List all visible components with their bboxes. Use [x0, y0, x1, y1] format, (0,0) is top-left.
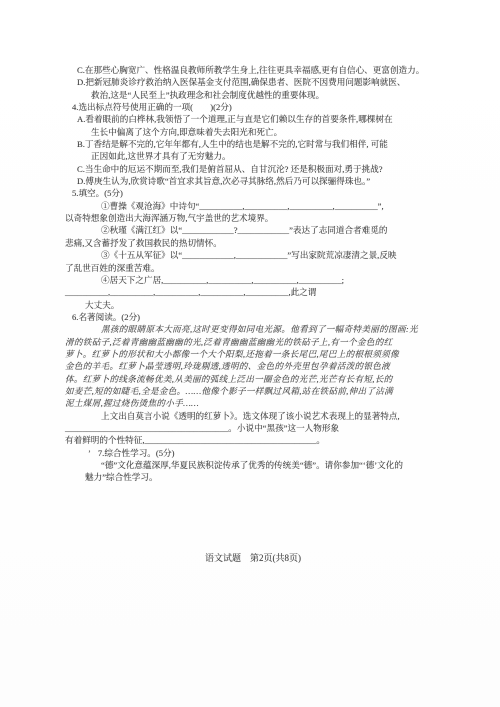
- question-4-title: 4.选出标点符号使用正确的一项( )(2分): [72, 101, 442, 113]
- q5-item-1-cont: 以奇特想象创造出大海浑涵万物,气宇盖世的艺术境界。: [65, 212, 442, 224]
- exam-text-block: C.在那些心胸宽广、性格温良教师所教学生身上,往往更具幸福感,更有自信心、更富创…: [64, 64, 442, 484]
- q5-item-4-end: 大丈夫。: [85, 299, 442, 311]
- q4-option-d: D.傅庚生认为,欣赏诗歌“首宜求其旨意,次必寻其脉络,然后乃可以探骊得珠也。”: [77, 175, 442, 187]
- q4-option-a-cont: 生长中偏离了这个方向,即意味着失去阳光和死亡。: [91, 126, 442, 138]
- q6-blank-line-1: ______________________________________。小…: [65, 422, 442, 434]
- q6-passage-line: 泥土煤屑,握过烧伤烫焦的小手……: [65, 397, 442, 409]
- q6-passage-line: 金色的羊毛。红萝卜晶莹透明,玲珑剔透,透明的、金色的外壳里包孕着活泼的银色液: [65, 360, 442, 372]
- q6-passage-line: 如麦芒,短的如睫毛,全是金色。……他像个影子一样飘过风箱,站在铁砧前,伸出了沾满: [65, 385, 442, 397]
- question-7-line: ’7.综合性学习。(5分): [88, 447, 442, 459]
- q7-intro-cont: 魅力”综合性学习。: [85, 471, 442, 483]
- stray-mark: ’: [88, 448, 91, 458]
- page-footer: 语文试题 第2页(共8页): [64, 552, 442, 564]
- q3-option-d: D.把新冠肺炎诊疗救治纳入医保基金支付范围,确保患者、医院不因费用问题影响就医、: [77, 76, 442, 88]
- q4-option-a: A.看着眼前的白桦林,我领悟了一个道理,正与直是它们赖以生存的首要条件,哪棵树在: [77, 113, 442, 125]
- q4-option-b: B.丁香结是解不完的,它年年都有,人生中的结也是解不完的,它时常与我们相伴, 可…: [77, 138, 442, 150]
- q6-blank-line-2: 有着鲜明的个性特征,______________________________…: [65, 434, 442, 446]
- q5-item-3: ③《十五从军征》以“____________,____________”写出家院…: [101, 249, 442, 261]
- question-5-title: 5.填空。(5分): [72, 187, 442, 199]
- q5-item-4: ④居天下之广居,__________,__________,__________…: [101, 274, 442, 286]
- q6-passage-line: 萝卜。红萝卜的形状和大小都像一个大个阳梨,还拖着一条长尾巴,尾巴上的根根须须像: [65, 348, 442, 360]
- q6-passage-line: 体。红萝卜的线条流畅优美,从美丽的弧线上泛出一圈金色的光芒,光芒有长有短,长的: [65, 373, 442, 385]
- q5-item-4-cont: __________,__________,__________,_______…: [65, 286, 442, 298]
- q4-option-c: C.当生命中的厄运不期而至,我们是俯首屈从、自甘沉沦? 还是积极面对,勇于挑战?: [77, 163, 442, 175]
- q4-option-b-cont: 正因如此,这世界才具有了无穷魅力。: [91, 150, 442, 162]
- q7-intro: “德”文化意蕴深厚,华夏民族积淀传承了优秀的传统美“德”。请你参加“‘德’文化的: [101, 459, 442, 471]
- scanned-exam-page: C.在那些心胸宽广、性格温良教师所教学生身上,往往更具幸福感,更有自信心、更富创…: [0, 0, 500, 707]
- q3-option-c: C.在那些心胸宽广、性格温良教师所教学生身上,往往更具幸福感,更有自信心、更富创…: [77, 64, 442, 76]
- question-7-title: 7.综合性学习。(5分): [98, 448, 175, 458]
- question-6-title: 6.名著阅读。(2分): [72, 311, 442, 323]
- q6-prompt: 上文出自莫言小说《透明的红萝卜》。选文体现了该小说艺术表现上的显著特点,: [101, 410, 442, 422]
- q6-passage-line: 滑的铁砧子,泛着青幽幽蓝幽幽的光,泛着青幽幽蓝幽幽光的铁砧子上,有一个金色的红: [65, 336, 442, 348]
- q6-passage-line: 黑孩的眼睛原本大而亮,这时更变得如同电光源。他看到了一幅奇特美丽的图画:光: [101, 323, 442, 335]
- q5-item-2: ②秋瑾《满江红》以“____________?____________”表达了志…: [101, 224, 442, 236]
- q5-item-2-cont: 悲痛,又含蓄抒发了救国救民的热切情怀。: [65, 237, 442, 249]
- q5-item-3-cont: 了乱世百姓的深重苦难。: [65, 262, 442, 274]
- q3-option-d-cont: 救治,这是“人民至上”执政理念和社会制度优越性的重要体现。: [91, 89, 442, 101]
- q5-item-1: ①曹操《观沧海》中诗句“__________,__________,______…: [101, 200, 442, 212]
